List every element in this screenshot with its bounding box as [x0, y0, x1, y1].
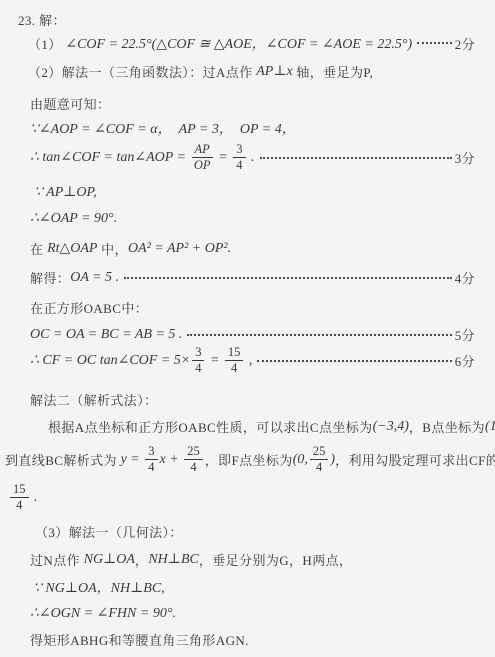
part1-answer: （1） ∠COF = 22.5°(△COF ≅ △AOE，∠COF = ∠AOE…: [28, 33, 475, 53]
in-square-label: 在正方形OABC中：: [30, 298, 475, 317]
math-run: ∴ CF = OC tan∠COF = 5×: [30, 352, 190, 369]
math-run: ∠COF = 22.5°(△COF ≅ △AOE，∠COF = ∠AOE = 2…: [65, 33, 412, 53]
text-run: 2分: [455, 34, 475, 53]
fraction-numerator: 25: [310, 445, 329, 460]
fraction-denominator: 4: [231, 361, 237, 375]
text-run: 得矩形ABHG和等腰直角三角形AGN.: [30, 630, 249, 649]
answer-heading: 23. 解：: [18, 10, 475, 29]
text-run: 23. 解：: [18, 10, 66, 29]
math-run: OA = 5 .: [70, 270, 119, 286]
math-run: ∵ NG⊥OA，NH⊥BC,: [33, 577, 165, 597]
math-run: ∴∠OGN = ∠FHN = 90°.: [30, 605, 176, 622]
text-run: 解法二（解析式法）：: [30, 390, 158, 409]
text-run: 5分: [455, 325, 475, 344]
method2-label: 解法二（解析式法）：: [30, 390, 475, 409]
fraction-denominator: OP: [194, 158, 211, 172]
math-run: ∴ tan∠COF = tan∠AOP =: [30, 149, 190, 166]
text-run: 4分: [455, 268, 475, 287]
dotted-score-leader: [260, 157, 452, 159]
text-run: 在: [30, 239, 47, 258]
text-run: 中，: [97, 239, 127, 258]
so-angles-90: ∴∠OGN = ∠FHN = 90°.: [30, 604, 475, 622]
text-run: （2）解法一（三角函数法）：过A点作: [28, 62, 256, 81]
text-run: 3分: [455, 148, 475, 167]
fraction-numerator: 3: [192, 346, 204, 361]
sides-equation: OC = OA = BC = AB = 5 .5分: [30, 325, 475, 344]
method2-para-line2: 到直线BC解析式为 y = 34x + 254，即F点坐标为(0,254)，利用…: [5, 445, 475, 474]
math-run: .: [248, 150, 255, 166]
text-run: （3）解法一（几何法）：: [35, 522, 183, 541]
fraction: 34: [192, 346, 204, 375]
math-run: AP⊥x: [256, 63, 292, 80]
given-statement: 由题意可知：: [30, 94, 475, 113]
math-run: =: [215, 150, 231, 166]
fraction: 154: [10, 483, 29, 512]
fraction: 254: [184, 445, 203, 474]
fraction-denominator: 4: [195, 361, 201, 375]
math-run: (0,: [293, 452, 308, 468]
fraction-numerator: 15: [225, 346, 244, 361]
text-run: 解得：: [30, 268, 70, 287]
math-run: OA² = AP² + OP².: [128, 241, 231, 257]
construct-ng-nh: 过N点作 NG⊥OA，NH⊥BC，垂足分别为G，H两点，: [30, 550, 475, 569]
text-run: （1）: [28, 34, 65, 53]
fraction-denominator: 4: [316, 460, 322, 474]
math-run: OC = OA = BC = AB = 5 .: [30, 327, 182, 343]
solution-sheet: 23. 解：（1） ∠COF = 22.5°(△COF ≅ △AOE，∠COF …: [0, 0, 495, 657]
math-run: ∴∠OAP = 90°.: [30, 210, 117, 227]
text-run: 由题意可知：: [30, 94, 110, 113]
math-run: ∵ AP⊥OP,: [34, 184, 97, 201]
fraction: 254: [310, 445, 329, 474]
text-run: 根据A点坐标和正方形OABC性质，可以求出C点坐标为: [48, 417, 373, 436]
pythagorean-setup: 在 Rt△OAP 中，OA² = AP² + OP².: [30, 239, 475, 258]
math-run: NH⊥BC: [148, 551, 199, 568]
text-run: 过N点作: [30, 550, 84, 569]
math-run: Rt△OAP: [47, 240, 97, 257]
so-right-angle: ∴∠OAP = 90°.: [30, 209, 475, 227]
conclusion-shapes: 得矩形ABHG和等腰直角三角形AGN.: [30, 630, 475, 649]
dotted-score-leader: [257, 360, 451, 362]
fraction-numerator: 25: [184, 445, 203, 460]
method2-para-line1: 根据A点坐标和正方形OABC性质，可以求出C点坐标为(−3,4)，B点坐标为(1…: [48, 417, 475, 436]
math-run: y =: [121, 452, 144, 468]
fraction: APOP: [192, 143, 213, 172]
fraction-denominator: 4: [16, 498, 22, 512]
math-run: =: [206, 353, 222, 369]
method2-para-line3: 154 .: [8, 483, 475, 512]
fraction-numerator: 15: [10, 483, 29, 498]
text-run: ，: [135, 550, 148, 569]
part3-method1-label: （3）解法一（几何法）：: [35, 522, 475, 541]
fraction-numerator: AP: [192, 143, 213, 158]
fraction-denominator: 4: [190, 460, 196, 474]
math-run: (1,7): [485, 419, 495, 435]
text-run: 在正方形OABC中：: [30, 298, 148, 317]
text-run: 6分: [455, 351, 475, 370]
because-perpendicular: ∵ AP⊥OP,: [34, 183, 475, 201]
dotted-score-leader: [124, 277, 452, 279]
dotted-score-leader: [417, 42, 452, 44]
part2-method1-label: （2）解法一（三角函数法）：过A点作 AP⊥x 轴，垂足为P,: [28, 62, 475, 81]
math-run: NG⊥OA: [84, 551, 135, 568]
tan-equation: ∴ tan∠COF = tan∠AOP = APOP = 34 .3分: [30, 143, 475, 172]
text-run: ，即F点坐标为: [205, 450, 293, 469]
text-run: ，利用勾股定理可求出CF的长度为: [335, 450, 495, 469]
solve-oa: 解得：OA = 5 .4分: [30, 268, 475, 287]
fraction-numerator: 3: [233, 143, 245, 158]
fraction-numerator: 3: [145, 445, 157, 460]
text-run: 轴，垂足为P,: [293, 62, 374, 81]
math-run: ∵∠AOP = ∠COF = α， AP = 3， OP = 4，: [30, 118, 296, 138]
text-run: 到直线BC解析式为: [5, 450, 121, 469]
fraction: 34: [233, 143, 245, 172]
fraction-denominator: 4: [236, 158, 242, 172]
because-perpendicular-2: ∵ NG⊥OA，NH⊥BC,: [33, 577, 475, 597]
because-angles-equal: ∵∠AOP = ∠COF = α， AP = 3， OP = 4，: [30, 118, 475, 138]
fraction-denominator: 4: [148, 460, 154, 474]
dotted-score-leader: [187, 334, 451, 336]
text-run: ，垂足分别为G，H两点，: [199, 550, 353, 569]
math-run: .: [31, 490, 38, 506]
text-run: ，B点坐标为: [409, 417, 485, 436]
math-run: (−3,4): [373, 419, 409, 435]
math-run: x +: [160, 452, 183, 468]
cf-equation: ∴ CF = OC tan∠COF = 5×34 = 154 ,6分: [30, 346, 475, 375]
fraction: 34: [145, 445, 157, 474]
math-run: ,: [245, 353, 252, 369]
fraction: 154: [225, 346, 244, 375]
